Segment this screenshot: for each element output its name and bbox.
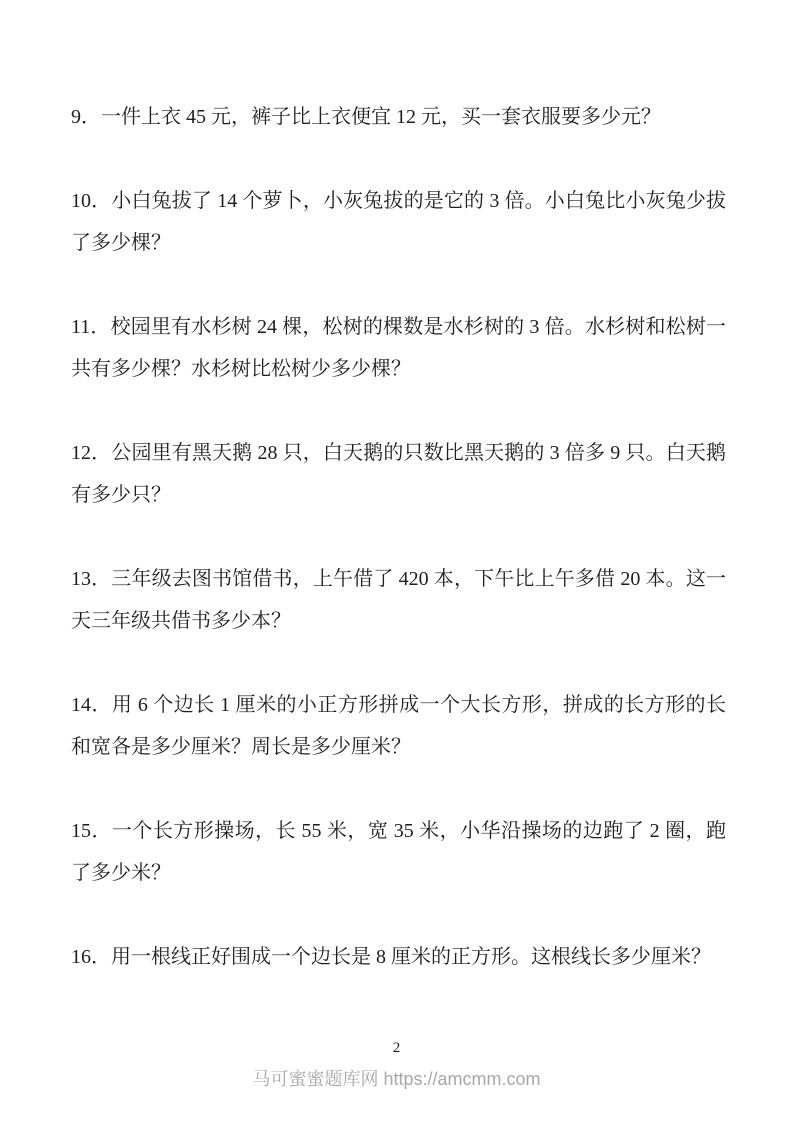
problem-9-line-1: 9．一件上衣 45 元，裤子比上衣便宜 12 元，买一套衣服要多少元？ (71, 96, 726, 138)
problem-15-line-1: 15．一个长方形操场，长 55 米，宽 35 米，小华沿操场的边跑了 2 圈，跑 (71, 810, 726, 852)
problem-9: 9．一件上衣 45 元，裤子比上衣便宜 12 元，买一套衣服要多少元？ (71, 96, 726, 138)
problem-10-line-2: 了多少棵？ (71, 222, 726, 264)
problem-16: 16．用一根线正好围成一个边长是 8 厘米的正方形。这根线长多少厘米？ (71, 936, 726, 978)
problem-13: 13．三年级去图书馆借书，上午借了 420 本，下午比上午多借 20 本。这一 … (71, 558, 726, 642)
problem-13-line-1: 13．三年级去图书馆借书，上午借了 420 本，下午比上午多借 20 本。这一 (71, 558, 726, 600)
problem-14: 14．用 6 个边长 1 厘米的小正方形拼成一个大长方形，拼成的长方形的长 和宽… (71, 684, 726, 768)
problem-10: 10．小白兔拔了 14 个萝卜，小灰兔拔的是它的 3 倍。小白兔比小灰兔少拔 了… (71, 180, 726, 264)
problem-10-line-1: 10．小白兔拔了 14 个萝卜，小灰兔拔的是它的 3 倍。小白兔比小灰兔少拔 (71, 180, 726, 222)
problem-15-line-2: 了多少米？ (71, 852, 726, 894)
problem-14-line-1: 14．用 6 个边长 1 厘米的小正方形拼成一个大长方形，拼成的长方形的长 (71, 684, 726, 726)
footer-watermark: 马可蜜蜜题库网 https://amcmm.com (0, 1068, 793, 1090)
problem-13-line-2: 天三年级共借书多少本？ (71, 600, 726, 642)
problems-list: 9．一件上衣 45 元，裤子比上衣便宜 12 元，买一套衣服要多少元？ 10．小… (71, 96, 726, 978)
problem-11: 11．校园里有水杉树 24 棵，松树的棵数是水杉树的 3 倍。水杉树和松树一 共… (71, 306, 726, 390)
worksheet-page: 9．一件上衣 45 元，裤子比上衣便宜 12 元，买一套衣服要多少元？ 10．小… (0, 0, 793, 1122)
problem-15: 15．一个长方形操场，长 55 米，宽 35 米，小华沿操场的边跑了 2 圈，跑… (71, 810, 726, 894)
problem-11-line-2: 共有多少棵？水杉树比松树少多少棵？ (71, 348, 726, 390)
problem-14-line-2: 和宽各是多少厘米？周长是多少厘米？ (71, 726, 726, 768)
problem-12-line-2: 有多少只？ (71, 474, 726, 516)
problem-16-line-1: 16．用一根线正好围成一个边长是 8 厘米的正方形。这根线长多少厘米？ (71, 936, 726, 978)
problem-12: 12．公园里有黑天鹅 28 只，白天鹅的只数比黑天鹅的 3 倍多 9 只。白天鹅… (71, 432, 726, 516)
problem-11-line-1: 11．校园里有水杉树 24 棵，松树的棵数是水杉树的 3 倍。水杉树和松树一 (71, 306, 726, 348)
problem-12-line-1: 12．公园里有黑天鹅 28 只，白天鹅的只数比黑天鹅的 3 倍多 9 只。白天鹅 (71, 432, 726, 474)
page-number: 2 (0, 1040, 793, 1056)
